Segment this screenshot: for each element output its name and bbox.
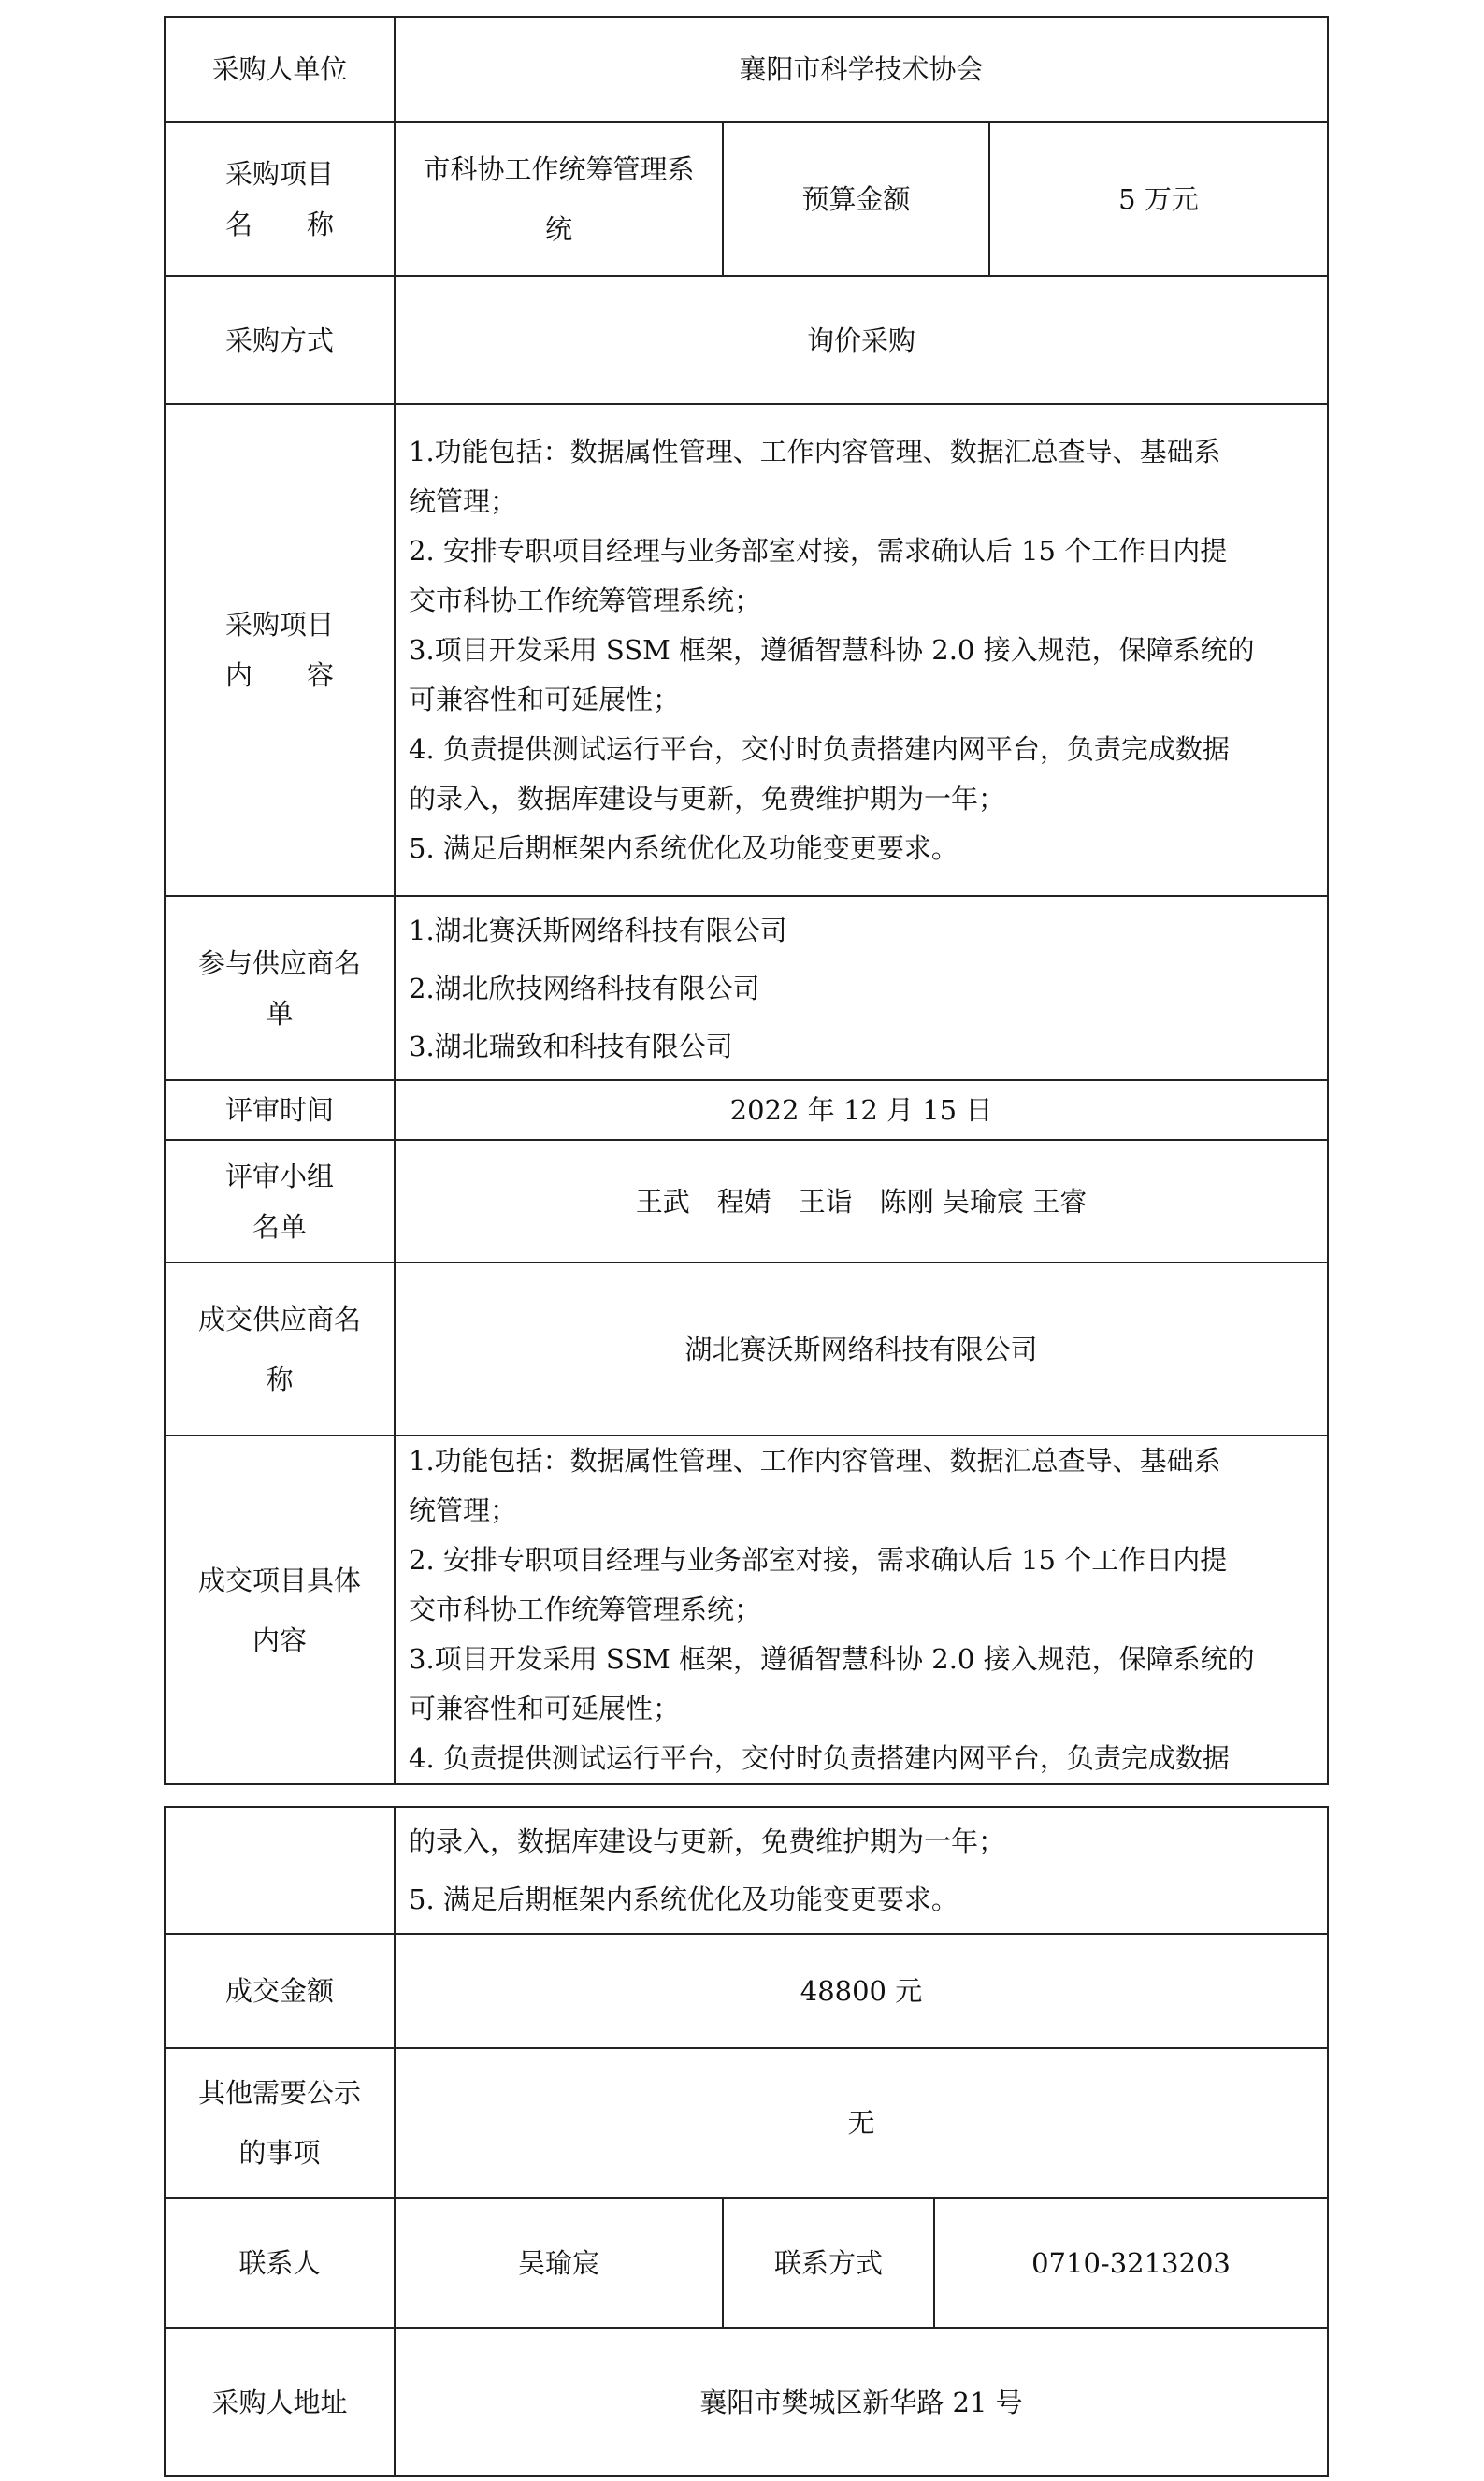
procurement-table-part2: 的录入，数据库建设与更新，免费维护期为一年； 5. 满足后期框架内系统优化及功能… <box>164 1806 1329 2477</box>
content-line: 的录入，数据库建设与更新，免费维护期为一年； <box>409 1812 1314 1870</box>
content-line: 统管理； <box>409 1486 1314 1536</box>
review-time-label: 评审时间 <box>165 1080 395 1140</box>
row-contact: 联系人 吴瑜宸 联系方式 0710-3213203 <box>165 2198 1328 2328</box>
content-line: 4. 负责提供测试运行平台，交付时负责搭建内网平台，负责完成数据 <box>409 725 1314 774</box>
address-value: 襄阳市樊城区新华路 21 号 <box>395 2328 1328 2476</box>
deal-amount-label: 成交金额 <box>165 1934 395 2048</box>
supplier-item: 1.湖北赛沃斯网络科技有限公司 <box>409 902 1314 959</box>
contact-value: 吴瑜宸 <box>395 2198 723 2328</box>
label-line: 的事项 <box>179 2123 381 2183</box>
method-value: 询价采购 <box>395 276 1328 404</box>
label-line: 称 <box>179 1349 381 1409</box>
row-purchaser-unit: 采购人单位 襄阳市科学技术协会 <box>165 17 1328 122</box>
content-line: 的录入，数据库建设与更新，免费维护期为一年； <box>409 774 1314 824</box>
label-line: 名 称 <box>179 199 381 250</box>
other-matters-label: 其他需要公示 的事项 <box>165 2048 395 2198</box>
row-content: 采购项目 内 容 1.功能包括：数据属性管理、工作内容管理、数据汇总查导、基础系… <box>165 404 1328 896</box>
address-label: 采购人地址 <box>165 2328 395 2476</box>
content-line: 可兼容性和可延展性； <box>409 1684 1314 1734</box>
project-name-label: 采购项目 名 称 <box>165 122 395 276</box>
value-line: 统 <box>409 199 709 259</box>
row-address: 采购人地址 襄阳市樊城区新华路 21 号 <box>165 2328 1328 2476</box>
content-line: 2. 安排专职项目经理与业务部室对接，需求确认后 15 个工作日内提 <box>409 1536 1314 1585</box>
row-review-time: 评审时间 2022 年 12 月 15 日 <box>165 1080 1328 1140</box>
row-deal-amount: 成交金额 48800 元 <box>165 1934 1328 2048</box>
content-line: 统管理； <box>409 477 1314 526</box>
label-line: 其他需要公示 <box>179 2063 381 2123</box>
label-line: 内容 <box>179 1610 381 1670</box>
content-line: 可兼容性和可延展性； <box>409 675 1314 725</box>
row-method: 采购方式 询价采购 <box>165 276 1328 404</box>
content-value: 1.功能包括：数据属性管理、工作内容管理、数据汇总查导、基础系 统管理； 2. … <box>395 404 1328 896</box>
suppliers-label: 参与供应商名 单 <box>165 896 395 1080</box>
suppliers-list: 1.湖北赛沃斯网络科技有限公司 2.湖北欣技网络科技有限公司 3.湖北瑞致和科技… <box>395 896 1328 1080</box>
label-line: 内 容 <box>179 650 381 700</box>
supplier-item: 3.湖北瑞致和科技有限公司 <box>409 1017 1314 1075</box>
contact-label: 联系人 <box>165 2198 395 2328</box>
project-name-value: 市科协工作统筹管理系 统 <box>395 122 723 276</box>
row-other-matters: 其他需要公示 的事项 无 <box>165 2048 1328 2198</box>
budget-value: 5 万元 <box>989 122 1328 276</box>
content-label: 采购项目 内 容 <box>165 404 395 896</box>
content-line: 2. 安排专职项目经理与业务部室对接，需求确认后 15 个工作日内提 <box>409 526 1314 576</box>
row-project-name: 采购项目 名 称 市科协工作统筹管理系 统 预算金额 5 万元 <box>165 122 1328 276</box>
content-line: 3.项目开发采用 SSM 框架，遵循智慧科协 2.0 接入规范，保障系统的 <box>409 1635 1314 1684</box>
winner-value: 湖北赛沃斯网络科技有限公司 <box>395 1262 1328 1435</box>
budget-label: 预算金额 <box>723 122 989 276</box>
other-matters-value: 无 <box>395 2048 1328 2198</box>
label-line: 采购项目 <box>179 599 381 650</box>
empty-label-cell <box>165 1807 395 1934</box>
deal-content-continued-value: 的录入，数据库建设与更新，免费维护期为一年； 5. 满足后期框架内系统优化及功能… <box>395 1807 1328 1934</box>
review-group-value: 王武 程婧 王诣 陈刚 吴瑜宸 王睿 <box>395 1140 1328 1262</box>
row-winner: 成交供应商名 称 湖北赛沃斯网络科技有限公司 <box>165 1262 1328 1435</box>
content-line: 交市科协工作统筹管理系统； <box>409 1585 1314 1635</box>
content-line: 1.功能包括：数据属性管理、工作内容管理、数据汇总查导、基础系 <box>409 1436 1314 1486</box>
winner-label: 成交供应商名 称 <box>165 1262 395 1435</box>
label-line: 名单 <box>179 1202 381 1252</box>
review-group-label: 评审小组 名单 <box>165 1140 395 1262</box>
purchaser-unit-value: 襄阳市科学技术协会 <box>395 17 1328 122</box>
row-deal-content: 成交项目具体 内容 1.功能包括：数据属性管理、工作内容管理、数据汇总查导、基础… <box>165 1435 1328 1784</box>
review-time-value: 2022 年 12 月 15 日 <box>395 1080 1328 1140</box>
supplier-item: 2.湖北欣技网络科技有限公司 <box>409 959 1314 1017</box>
procurement-table-part1: 采购人单位 襄阳市科学技术协会 采购项目 名 称 市科协工作统筹管理系 统 预算… <box>164 16 1329 1785</box>
value-line: 市科协工作统筹管理系 <box>409 139 709 199</box>
content-line: 5. 满足后期框架内系统优化及功能变更要求。 <box>409 1870 1314 1928</box>
row-deal-content-continued: 的录入，数据库建设与更新，免费维护期为一年； 5. 满足后期框架内系统优化及功能… <box>165 1807 1328 1934</box>
row-review-group: 评审小组 名单 王武 程婧 王诣 陈刚 吴瑜宸 王睿 <box>165 1140 1328 1262</box>
content-line: 1.功能包括：数据属性管理、工作内容管理、数据汇总查导、基础系 <box>409 427 1314 477</box>
label-line: 单 <box>179 988 381 1039</box>
label-line: 采购项目 <box>179 149 381 199</box>
contact-method-label: 联系方式 <box>723 2198 934 2328</box>
label-line: 成交项目具体 <box>179 1551 381 1610</box>
deal-content-value: 1.功能包括：数据属性管理、工作内容管理、数据汇总查导、基础系 统管理； 2. … <box>395 1435 1328 1784</box>
method-label: 采购方式 <box>165 276 395 404</box>
purchaser-unit-label: 采购人单位 <box>165 17 395 122</box>
contact-method-value: 0710-3213203 <box>934 2198 1328 2328</box>
row-suppliers: 参与供应商名 单 1.湖北赛沃斯网络科技有限公司 2.湖北欣技网络科技有限公司 … <box>165 896 1328 1080</box>
deal-content-label: 成交项目具体 内容 <box>165 1435 395 1784</box>
label-line: 评审小组 <box>179 1151 381 1202</box>
deal-amount-value: 48800 元 <box>395 1934 1328 2048</box>
content-line: 5. 满足后期框架内系统优化及功能变更要求。 <box>409 824 1314 873</box>
content-line: 3.项目开发采用 SSM 框架，遵循智慧科协 2.0 接入规范，保障系统的 <box>409 626 1314 675</box>
label-line: 成交供应商名 <box>179 1290 381 1349</box>
content-line: 4. 负责提供测试运行平台，交付时负责搭建内网平台，负责完成数据 <box>409 1734 1314 1783</box>
label-line: 参与供应商名 <box>179 938 381 988</box>
content-line: 交市科协工作统筹管理系统； <box>409 576 1314 626</box>
